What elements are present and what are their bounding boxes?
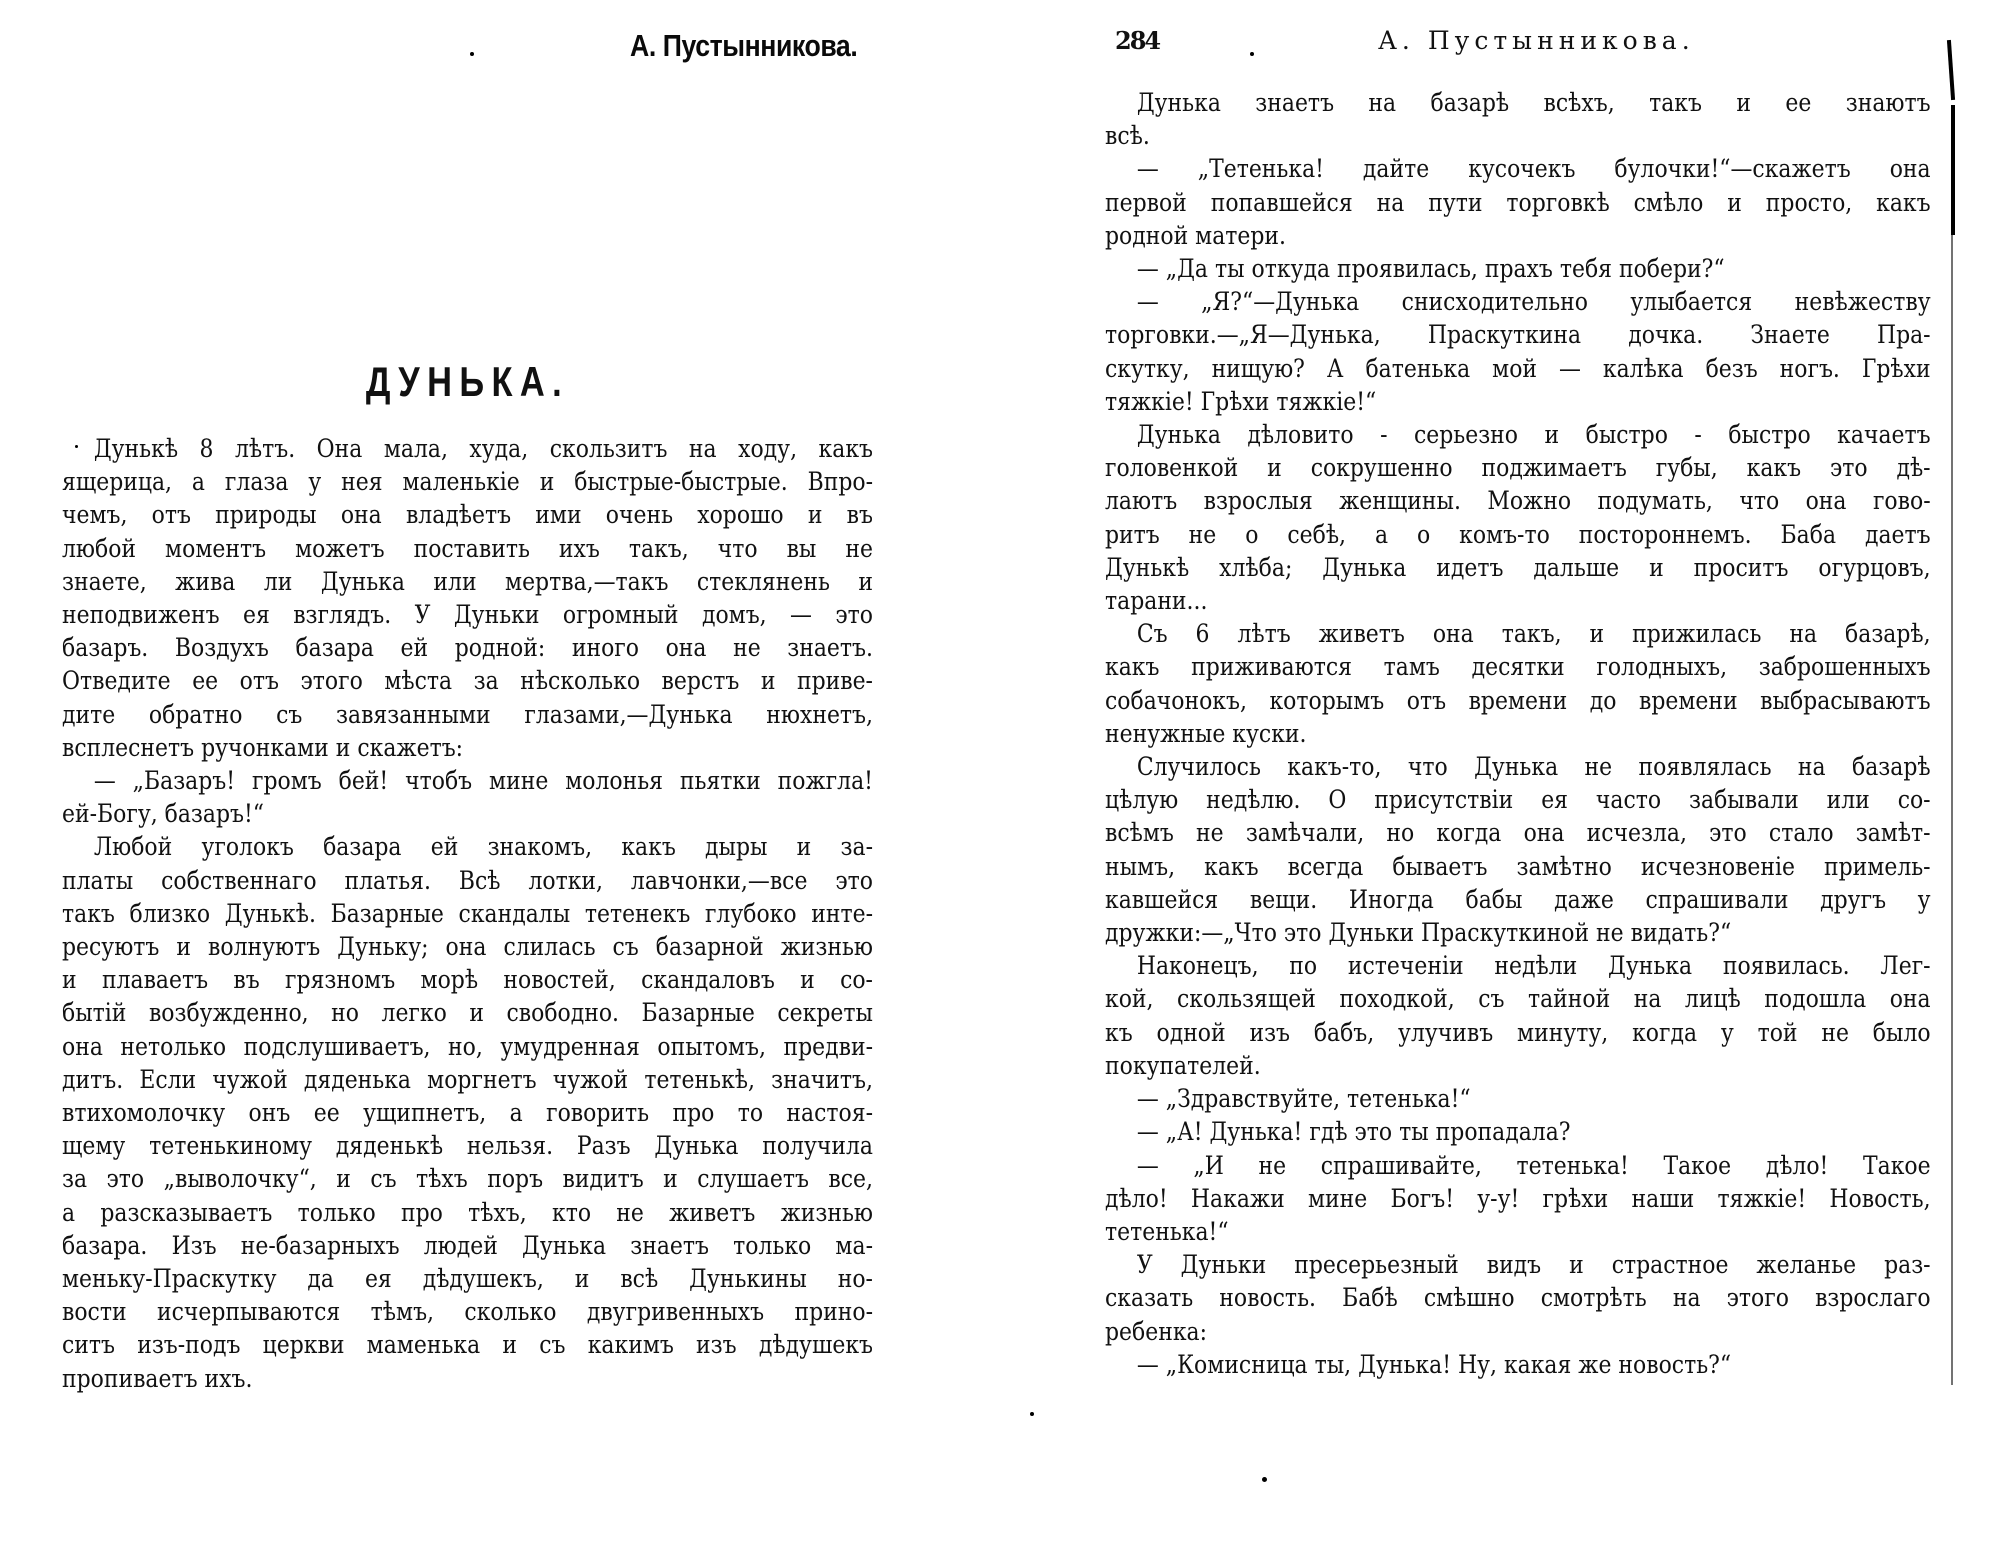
text-line: ребенка: — [1105, 1316, 1931, 1349]
text-line: Дунька дѣловито - серьезно и быстро - бы… — [1105, 419, 1931, 452]
text-line: чемъ, отъ природы она владѣетъ ими очень… — [62, 499, 873, 532]
text-line: ящерица, а глаза у нея маленькiе и быстр… — [62, 466, 873, 499]
right-page: 284 А. Пустынникова. Дунька знаетъ на ба… — [1000, 0, 2010, 1564]
left-page: А. Пустынникова. ДУНЬКА. Дунькѣ 8 лѣтъ. … — [0, 0, 1000, 1564]
print-speck — [75, 445, 78, 448]
text-line: любой моментъ можетъ поставить ихъ такъ,… — [62, 533, 873, 566]
text-line: ресуютъ и волнуютъ Дуньку; она слилась с… — [62, 931, 873, 964]
text-line: неподвиженъ ея взглядъ. У Дуньки огромны… — [62, 599, 873, 632]
text-line: и плаваетъ въ грязномъ морѣ новостей, ск… — [62, 964, 873, 997]
text-line: къ одной изъ бабъ, улучивъ минуту, когда… — [1105, 1017, 1931, 1050]
text-line: Наконецъ, по истеченiи недѣли Дунька поя… — [1105, 950, 1931, 983]
text-line: всплеснетъ ручонками и скажетъ: — [62, 732, 873, 765]
text-line: дитъ. Если чужой дяденька моргнетъ чужой… — [62, 1064, 873, 1097]
body-text-left: Дунькѣ 8 лѣтъ. Она мала, худа, скользитъ… — [62, 433, 873, 1396]
text-line: за это „выволочку“, и съ тѣхъ поръ видит… — [62, 1163, 873, 1196]
text-line: базаръ. Воздухъ базара ей родной: иного … — [62, 632, 873, 665]
text-line: Случилось какъ-то, что Дунька не появлял… — [1105, 751, 1931, 784]
print-speck — [1030, 1412, 1034, 1416]
text-line: ненужные куски. — [1105, 718, 1931, 751]
page-number: 284 — [1115, 26, 1159, 55]
text-line: Отведите ее отъ этого мѣста за нѣсколько… — [62, 665, 873, 698]
text-line: лаютъ взрослыя женщины. Можно подумать, … — [1105, 485, 1931, 518]
text-line: щему тетенькиному дяденькѣ нельзя. Разъ … — [62, 1130, 873, 1163]
text-line: базара. Изъ не-базарныхъ людей Дунька зн… — [62, 1230, 873, 1263]
text-line: ритъ не о себѣ, а о комъ-то постороннемъ… — [1105, 519, 1931, 552]
text-line: дите обратно съ завязанными глазами,—Дун… — [62, 699, 873, 732]
text-line: дѣло! Накажи мине Богъ! у-у! грѣхи наши … — [1105, 1183, 1931, 1216]
text-line: вости исчерпываются тѣмъ, сколько двугри… — [62, 1296, 873, 1329]
print-speck — [470, 52, 474, 56]
text-line: такъ близко Дунькѣ. Базарные скандалы те… — [62, 898, 873, 931]
text-line: Любой уголокъ базара ей знакомъ, какъ ды… — [62, 831, 873, 864]
text-line: нымъ, какъ всегда бываетъ замѣтно исчезн… — [1105, 851, 1931, 884]
running-head: А. Пустынникова. — [630, 28, 857, 64]
text-line: скутку, нищую? А батенька мой — калѣка б… — [1105, 353, 1931, 386]
text-line: Дунька знаетъ на базарѣ всѣхъ, такъ и ее… — [1105, 87, 1931, 120]
print-speck — [1250, 52, 1254, 56]
text-line: — „А! Дунька! гдѣ это ты пропадала? — [1105, 1116, 1931, 1149]
text-line: она нетолько подслушиваетъ, но, умудренн… — [62, 1031, 873, 1064]
text-line: головенкой и сокрушенно поджимаетъ губы,… — [1105, 452, 1931, 485]
text-line: ей-Богу, базаръ!“ — [62, 798, 873, 831]
text-line: пропиваетъ ихъ. — [62, 1363, 873, 1396]
text-line: — „И не спрашивайте, тетенька! Такое дѣл… — [1105, 1150, 1931, 1183]
text-line: какъ приживаются тамъ десятки голодныхъ,… — [1105, 651, 1931, 684]
text-line: ситъ изъ-подъ церкви маменька и съ каким… — [62, 1329, 873, 1362]
page-edge — [1947, 40, 1955, 100]
text-line: дружки:—„Что это Дуньки Праскуткиной не … — [1105, 917, 1931, 950]
text-line: а разсказываетъ только про тѣхъ, кто не … — [62, 1197, 873, 1230]
text-line: бытiй возбужденно, но легко и свободно. … — [62, 997, 873, 1030]
text-line: родной матери. — [1105, 220, 1931, 253]
text-line: — „Здравствуйте, тетенька!“ — [1105, 1083, 1931, 1116]
text-line: У Дуньки пресерьезный видъ и страстное ж… — [1105, 1249, 1931, 1282]
text-line: — „Базаръ! громъ бей! чтобъ мине молонья… — [62, 765, 873, 798]
text-line: тарани... — [1105, 585, 1931, 618]
text-line: втихомолочку онъ ее ущипнетъ, а говорить… — [62, 1097, 873, 1130]
text-line: сказать новость. Бабѣ смѣшно смотрѣть на… — [1105, 1282, 1931, 1315]
text-line: меньку-Праскутку да ея дѣдушекъ, и всѣ Д… — [62, 1263, 873, 1296]
text-line: собачонокъ, которымъ отъ времени до врем… — [1105, 685, 1931, 718]
text-line: кавшейся вещи. Иногда бабы даже спрашива… — [1105, 884, 1931, 917]
text-line: кой, скользящей походкой, съ тайной на л… — [1105, 983, 1931, 1016]
text-line: цѣлую недѣлю. О присутствiи ея часто заб… — [1105, 784, 1931, 817]
text-line: Дунькѣ 8 лѣтъ. Она мала, худа, скользитъ… — [62, 433, 873, 466]
text-line: — „Да ты откуда проявилась, прахъ тебя п… — [1105, 253, 1931, 286]
text-line: платы собственнаго платья. Всѣ лотки, ла… — [62, 865, 873, 898]
text-line: всѣ. — [1105, 120, 1931, 153]
page-edge — [1951, 105, 1955, 235]
print-speck — [1262, 1477, 1267, 1482]
text-line: первой попавшейся на пути торговкѣ смѣло… — [1105, 187, 1931, 220]
body-text-right: Дунька знаетъ на базарѣ всѣхъ, такъ и ее… — [1105, 87, 1931, 1382]
text-line: Дунькѣ хлѣба; Дунька идетъ дальше и прос… — [1105, 552, 1931, 585]
text-line: — „Комисница ты, Дунька! Ну, какая же но… — [1105, 1349, 1931, 1382]
text-line: торговки.—„Я—Дунька, Праскуткина дочка. … — [1105, 319, 1931, 352]
running-head: А. Пустынникова. — [1378, 26, 1695, 55]
text-line: тетенька!“ — [1105, 1216, 1931, 1249]
text-line: знаете, жива ли Дунька или мертва,—такъ … — [62, 566, 873, 599]
text-line: — „Тетенька! дайте кусочекъ булочки!“—ск… — [1105, 153, 1931, 186]
page-edge — [1951, 235, 1953, 1385]
text-line: Съ 6 лѣтъ живетъ она такъ, и прижилась н… — [1105, 618, 1931, 651]
text-line: покупателей. — [1105, 1050, 1931, 1083]
text-line: тяжкiе! Грѣхи тяжкiе!“ — [1105, 386, 1931, 419]
text-line: — „Я?“—Дунька снисходительно улыбается н… — [1105, 286, 1931, 319]
text-line: всѣмъ не замѣчали, но когда она исчезла,… — [1105, 817, 1931, 850]
story-title: ДУНЬКА. — [84, 358, 851, 406]
